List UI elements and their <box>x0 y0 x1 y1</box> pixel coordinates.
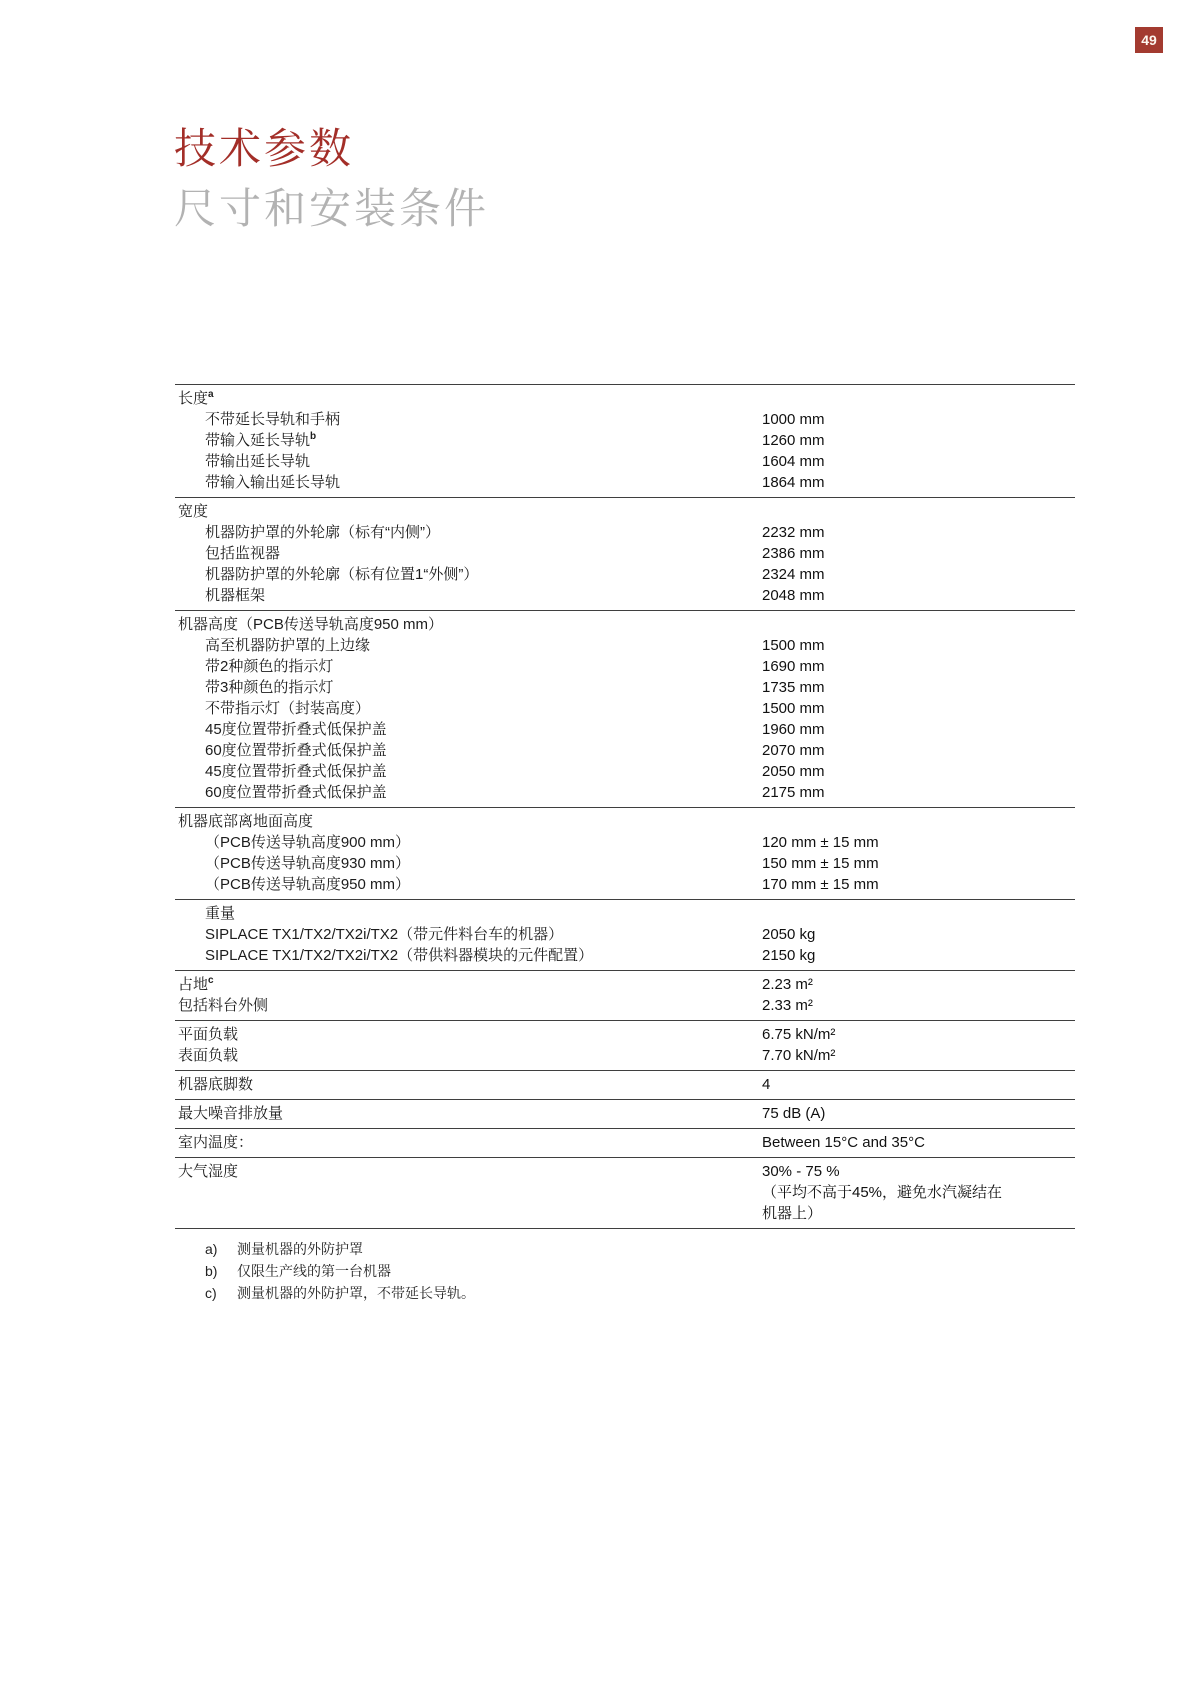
spec-section: 机器高度（PCB传送导轨高度950 mm）高至机器防护罩的上边缘1500 mm带… <box>175 610 1075 807</box>
spec-row: 机器防护罩的外轮廓（标有“内侧”）2232 mm <box>175 522 1075 543</box>
footnote: c)测量机器的外防护罩，不带延长导轨。 <box>205 1282 475 1304</box>
spec-row: 带输入输出延长导轨1864 mm <box>175 472 1075 493</box>
spec-row: 大气湿度30% - 75 %（平均不高于45%，避免水汽凝结在机器上） <box>175 1161 1075 1224</box>
spec-value: 1864 mm <box>762 472 1075 493</box>
spec-row: SIPLACE TX1/TX2/TX2i/TX2（带供料器模块的元件配置）215… <box>175 945 1075 966</box>
section-header-spacer <box>762 501 1075 522</box>
footnote-text: 测量机器的外防护罩，不带延长导轨。 <box>237 1282 475 1304</box>
spec-value: 2050 mm <box>762 761 1075 782</box>
spec-value-line: 机器上） <box>762 1203 1075 1224</box>
spec-value: 2150 kg <box>762 945 1075 966</box>
spec-section: 机器底部离地面高度（PCB传送导轨高度900 mm）120 mm ± 15 mm… <box>175 807 1075 899</box>
spec-value: 120 mm ± 15 mm <box>762 832 1075 853</box>
spec-value: 2.33 m² <box>762 995 1075 1016</box>
spec-value: 1500 mm <box>762 698 1075 719</box>
spec-row: 平面负载6.75 kN/m² <box>175 1024 1075 1045</box>
spec-row: 带输出延长导轨1604 mm <box>175 451 1075 472</box>
spec-row: 不带延长导轨和手柄1000 mm <box>175 409 1075 430</box>
spec-value: 2232 mm <box>762 522 1075 543</box>
section-header-row: 重量 <box>175 903 1075 924</box>
spec-row: 带2种颜色的指示灯1690 mm <box>175 656 1075 677</box>
spec-label: SIPLACE TX1/TX2/TX2i/TX2（带元件料台车的机器） <box>175 924 762 945</box>
spec-section: 宽度机器防护罩的外轮廓（标有“内侧”）2232 mm包括监视器2386 mm机器… <box>175 497 1075 610</box>
spec-section: 大气湿度30% - 75 %（平均不高于45%，避免水汽凝结在机器上） <box>175 1157 1075 1228</box>
footnote-ref: c <box>208 975 214 986</box>
spec-row: 60度位置带折叠式低保护盖2070 mm <box>175 740 1075 761</box>
spec-row: 45度位置带折叠式低保护盖2050 mm <box>175 761 1075 782</box>
spec-value: 1500 mm <box>762 635 1075 656</box>
spec-row: 带输入延长导轨b1260 mm <box>175 430 1075 451</box>
spec-label: 最大噪音排放量 <box>175 1103 762 1124</box>
section-header: 宽度 <box>175 501 762 522</box>
section-header-row: 机器高度（PCB传送导轨高度950 mm） <box>175 614 1075 635</box>
spec-row: 包括料台外侧2.33 m² <box>175 995 1075 1016</box>
spec-label: 带输出延长导轨 <box>175 451 762 472</box>
section-header-spacer <box>762 388 1075 409</box>
spec-row: 60度位置带折叠式低保护盖2175 mm <box>175 782 1075 803</box>
spec-label: 60度位置带折叠式低保护盖 <box>175 782 762 803</box>
spec-value: 2070 mm <box>762 740 1075 761</box>
spec-row: 高至机器防护罩的上边缘1500 mm <box>175 635 1075 656</box>
spec-value: 6.75 kN/m² <box>762 1024 1075 1045</box>
spec-row: 最大噪音排放量75 dB (A) <box>175 1103 1075 1124</box>
spec-value: 1604 mm <box>762 451 1075 472</box>
section-header: 机器高度（PCB传送导轨高度950 mm） <box>175 614 762 635</box>
spec-value: Between 15°C and 35°C <box>762 1132 1075 1153</box>
spec-label: 表面负载 <box>175 1045 762 1066</box>
spec-label: 45度位置带折叠式低保护盖 <box>175 761 762 782</box>
spec-section: 机器底脚数4 <box>175 1070 1075 1099</box>
spec-section: 长度a不带延长导轨和手柄1000 mm带输入延长导轨b1260 mm带输出延长导… <box>175 384 1075 497</box>
section-header-spacer <box>762 903 1075 924</box>
footnote-text: 仅限生产线的第一台机器 <box>237 1260 391 1282</box>
spec-label: 机器框架 <box>175 585 762 606</box>
spec-row: 占地c2.23 m² <box>175 974 1075 995</box>
spec-table: 长度a不带延长导轨和手柄1000 mm带输入延长导轨b1260 mm带输出延长导… <box>175 384 1075 1229</box>
spec-value: 2050 kg <box>762 924 1075 945</box>
section-header-spacer <box>762 811 1075 832</box>
footnote-marker: a) <box>205 1238 237 1260</box>
spec-label: 高至机器防护罩的上边缘 <box>175 635 762 656</box>
spec-section: 室内温度：Between 15°C and 35°C <box>175 1128 1075 1157</box>
spec-label: 大气湿度 <box>175 1161 762 1224</box>
spec-row: 不带指示灯（封装高度）1500 mm <box>175 698 1075 719</box>
footnote-text: 测量机器的外防护罩 <box>237 1238 363 1260</box>
spec-value: 4 <box>762 1074 1075 1095</box>
spec-row: 包括监视器2386 mm <box>175 543 1075 564</box>
section-header: 重量 <box>175 903 762 924</box>
spec-value: 2386 mm <box>762 543 1075 564</box>
spec-label: SIPLACE TX1/TX2/TX2i/TX2（带供料器模块的元件配置） <box>175 945 762 966</box>
spec-value: 2.23 m² <box>762 974 1075 995</box>
spec-row: （PCB传送导轨高度950 mm）170 mm ± 15 mm <box>175 874 1075 895</box>
spec-section: 平面负载6.75 kN/m²表面负载7.70 kN/m² <box>175 1020 1075 1070</box>
spec-row: 机器防护罩的外轮廓（标有位置1“外侧”）2324 mm <box>175 564 1075 585</box>
spec-label: 不带延长导轨和手柄 <box>175 409 762 430</box>
spec-label: （PCB传送导轨高度930 mm） <box>175 853 762 874</box>
section-header-row: 机器底部离地面高度 <box>175 811 1075 832</box>
page-subtitle: 尺寸和安装条件 <box>174 184 489 234</box>
spec-row: 表面负载7.70 kN/m² <box>175 1045 1075 1066</box>
spec-label: 不带指示灯（封装高度） <box>175 698 762 719</box>
spec-label: （PCB传送导轨高度950 mm） <box>175 874 762 895</box>
spec-row: SIPLACE TX1/TX2/TX2i/TX2（带元件料台车的机器）2050 … <box>175 924 1075 945</box>
section-header-spacer <box>762 614 1075 635</box>
spec-value: 1960 mm <box>762 719 1075 740</box>
section-header: 机器底部离地面高度 <box>175 811 762 832</box>
spec-value: 2175 mm <box>762 782 1075 803</box>
spec-value: 1260 mm <box>762 430 1075 451</box>
spec-value: 1000 mm <box>762 409 1075 430</box>
spec-row: 带3种颜色的指示灯1735 mm <box>175 677 1075 698</box>
spec-value: 7.70 kN/m² <box>762 1045 1075 1066</box>
footnote-marker: c) <box>205 1282 237 1304</box>
spec-label: （PCB传送导轨高度900 mm） <box>175 832 762 853</box>
spec-label: 60度位置带折叠式低保护盖 <box>175 740 762 761</box>
footnote-ref: b <box>310 431 316 442</box>
spec-label: 占地c <box>175 974 762 995</box>
spec-label: 机器底脚数 <box>175 1074 762 1095</box>
footnote: a)测量机器的外防护罩 <box>205 1238 475 1260</box>
page-number-badge: 49 <box>1135 27 1163 53</box>
section-header-row: 宽度 <box>175 501 1075 522</box>
footnote-ref: a <box>208 389 214 400</box>
spec-label: 室内温度： <box>175 1132 762 1153</box>
footnotes: a)测量机器的外防护罩b)仅限生产线的第一台机器c)测量机器的外防护罩，不带延长… <box>205 1238 475 1304</box>
footnote: b)仅限生产线的第一台机器 <box>205 1260 475 1282</box>
spec-value: 1735 mm <box>762 677 1075 698</box>
spec-section: 重量SIPLACE TX1/TX2/TX2i/TX2（带元件料台车的机器）205… <box>175 899 1075 970</box>
spec-row: 室内温度：Between 15°C and 35°C <box>175 1132 1075 1153</box>
spec-value: 170 mm ± 15 mm <box>762 874 1075 895</box>
spec-value: 2048 mm <box>762 585 1075 606</box>
spec-label: 平面负载 <box>175 1024 762 1045</box>
spec-label: 包括监视器 <box>175 543 762 564</box>
spec-section: 最大噪音排放量75 dB (A) <box>175 1099 1075 1128</box>
spec-label: 包括料台外侧 <box>175 995 762 1016</box>
section-header-row: 长度a <box>175 388 1075 409</box>
spec-value: 2324 mm <box>762 564 1075 585</box>
spec-row: 机器框架2048 mm <box>175 585 1075 606</box>
spec-label: 机器防护罩的外轮廓（标有“内侧”） <box>175 522 762 543</box>
spec-row: 45度位置带折叠式低保护盖1960 mm <box>175 719 1075 740</box>
page-title: 技术参数 <box>174 124 354 174</box>
spec-value: 150 mm ± 15 mm <box>762 853 1075 874</box>
spec-label: 45度位置带折叠式低保护盖 <box>175 719 762 740</box>
spec-value: 75 dB (A) <box>762 1103 1075 1124</box>
spec-section: 占地c2.23 m²包括料台外侧2.33 m² <box>175 970 1075 1020</box>
spec-value: 30% - 75 %（平均不高于45%，避免水汽凝结在机器上） <box>762 1161 1075 1224</box>
spec-label: 带输入延长导轨b <box>175 430 762 451</box>
spec-label: 机器防护罩的外轮廓（标有位置1“外侧”） <box>175 564 762 585</box>
spec-row: （PCB传送导轨高度930 mm）150 mm ± 15 mm <box>175 853 1075 874</box>
spec-value: 1690 mm <box>762 656 1075 677</box>
spec-label: 带3种颜色的指示灯 <box>175 677 762 698</box>
spec-row: 机器底脚数4 <box>175 1074 1075 1095</box>
spec-value-line: （平均不高于45%，避免水汽凝结在 <box>762 1182 1075 1203</box>
spec-label: 带2种颜色的指示灯 <box>175 656 762 677</box>
spec-label: 带输入输出延长导轨 <box>175 472 762 493</box>
spec-row: （PCB传送导轨高度900 mm）120 mm ± 15 mm <box>175 832 1075 853</box>
section-header: 长度a <box>175 388 762 409</box>
footnote-marker: b) <box>205 1260 237 1282</box>
